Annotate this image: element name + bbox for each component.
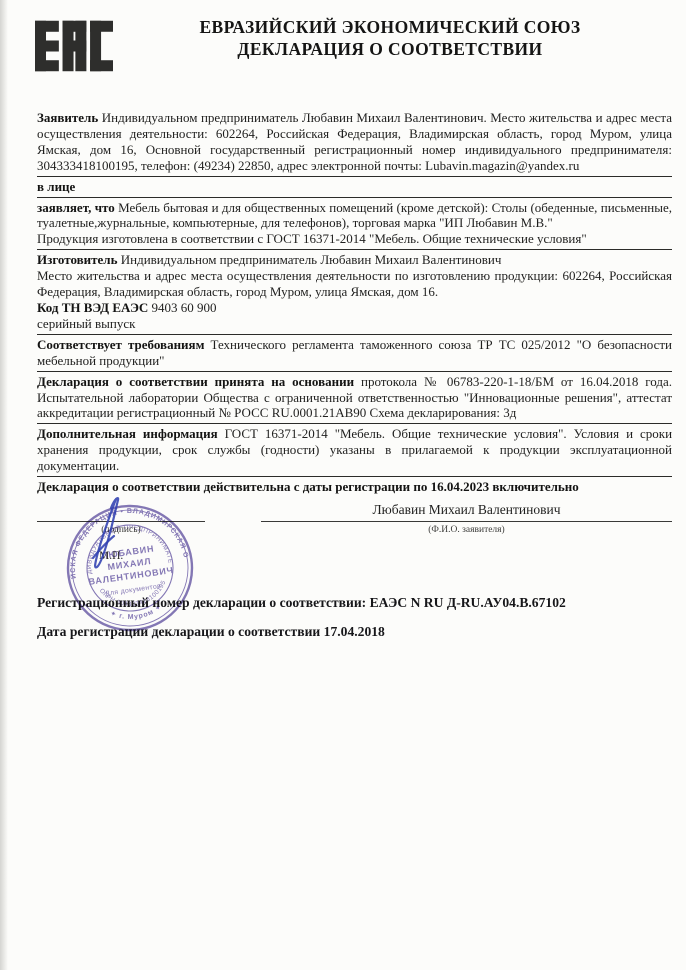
applicant-label: Заявитель <box>37 110 98 125</box>
document-body: Заявитель Индивидуальном предприниматель… <box>0 102 686 640</box>
declaration-title: ДЕКЛАРАЦИЯ О СООТВЕТСТВИИ <box>120 38 660 60</box>
compliance-label: Соответствует требованиям <box>37 337 204 352</box>
manufacturer-text: Индивидуальном предприниматель Любавин М… <box>121 252 502 267</box>
signature-caption: (подпись) <box>37 522 205 539</box>
signature-block: (подпись) М.П. Любавин Михаил Валентинов… <box>37 502 672 565</box>
section-declares: заявляет, что Мебель бытовая и для общес… <box>37 198 672 251</box>
stamp-name-line3: ВАЛЕНТИНОВИЧ <box>88 565 174 587</box>
in-person-label: в лице <box>37 179 75 194</box>
signature-line <box>37 502 205 522</box>
declares-text: Мебель бытовая и для общественных помеще… <box>37 200 672 231</box>
declaration-document: ЕВРАЗИЙСКИЙ ЭКОНОМИЧЕСКИЙ СОЮЗ ДЕКЛАРАЦИ… <box>0 0 686 970</box>
section-validity: Декларация о соответствии действительна … <box>37 477 672 497</box>
signature-right-column: Любавин Михаил Валентинович (Ф.И.О. заяв… <box>261 502 672 565</box>
section-compliance: Соответствует требованиям Технического р… <box>37 335 672 372</box>
registration-block: Регистрационный номер декларации о соотв… <box>37 595 672 640</box>
union-title: ЕВРАЗИЙСКИЙ ЭКОНОМИЧЕСКИЙ СОЮЗ <box>120 16 660 38</box>
registration-number-line: Регистрационный номер декларации о соотв… <box>37 595 672 611</box>
seal-place-mark: М.П. <box>99 549 205 565</box>
fio-caption: (Ф.И.О. заявителя) <box>261 522 672 539</box>
section-manufacturer: Изготовитель Индивидуальном предпринимат… <box>37 250 672 335</box>
document-title: ЕВРАЗИЙСКИЙ ЭКОНОМИЧЕСКИЙ СОЮЗ ДЕКЛАРАЦИ… <box>120 16 660 60</box>
applicant-text: Индивидуальном предприниматель Любавин М… <box>37 110 672 173</box>
serial-issue-note: серийный выпуск <box>37 316 672 332</box>
section-additional-info: Дополнительная информация ГОСТ 16371-201… <box>37 424 672 477</box>
manufacturer-address: Место жительства и адрес места осуществл… <box>37 268 672 300</box>
registration-date-line: Дата регистрации декларации о соответств… <box>37 624 672 640</box>
tnved-code-label: Код ТН ВЭД ЕАЭС <box>37 300 148 315</box>
section-basis: Декларация о соответствии принята на осн… <box>37 372 672 425</box>
declares-label: заявляет, что <box>37 200 115 215</box>
registration-number-value: ЕАЭС N RU Д-RU.АУ04.В.67102 <box>370 595 566 610</box>
validity-text: Декларация о соответствии действительна … <box>37 479 579 494</box>
registration-date-label: Дата регистрации декларации о соответств… <box>37 624 320 639</box>
signature-left-column: (подпись) М.П. <box>37 502 205 565</box>
document-header: ЕВРАЗИЙСКИЙ ЭКОНОМИЧЕСКИЙ СОЮЗ ДЕКЛАРАЦИ… <box>0 0 686 102</box>
section-applicant: Заявитель Индивидуальном предприниматель… <box>37 108 672 177</box>
declares-gost-line: Продукция изготовлена в соответствии с Г… <box>37 231 672 247</box>
tnved-code-value: 9403 60 900 <box>152 300 217 315</box>
basis-label: Декларация о соответствии принята на осн… <box>37 374 354 389</box>
section-in-person: в лице <box>37 177 672 198</box>
registration-date-value: 17.04.2018 <box>324 624 385 639</box>
eac-mark-icon <box>35 18 113 74</box>
applicant-fio: Любавин Михаил Валентинович <box>261 502 672 522</box>
manufacturer-label: Изготовитель <box>37 252 117 267</box>
registration-number-label: Регистрационный номер декларации о соотв… <box>37 595 366 610</box>
additional-info-label: Дополнительная информация <box>37 426 218 441</box>
